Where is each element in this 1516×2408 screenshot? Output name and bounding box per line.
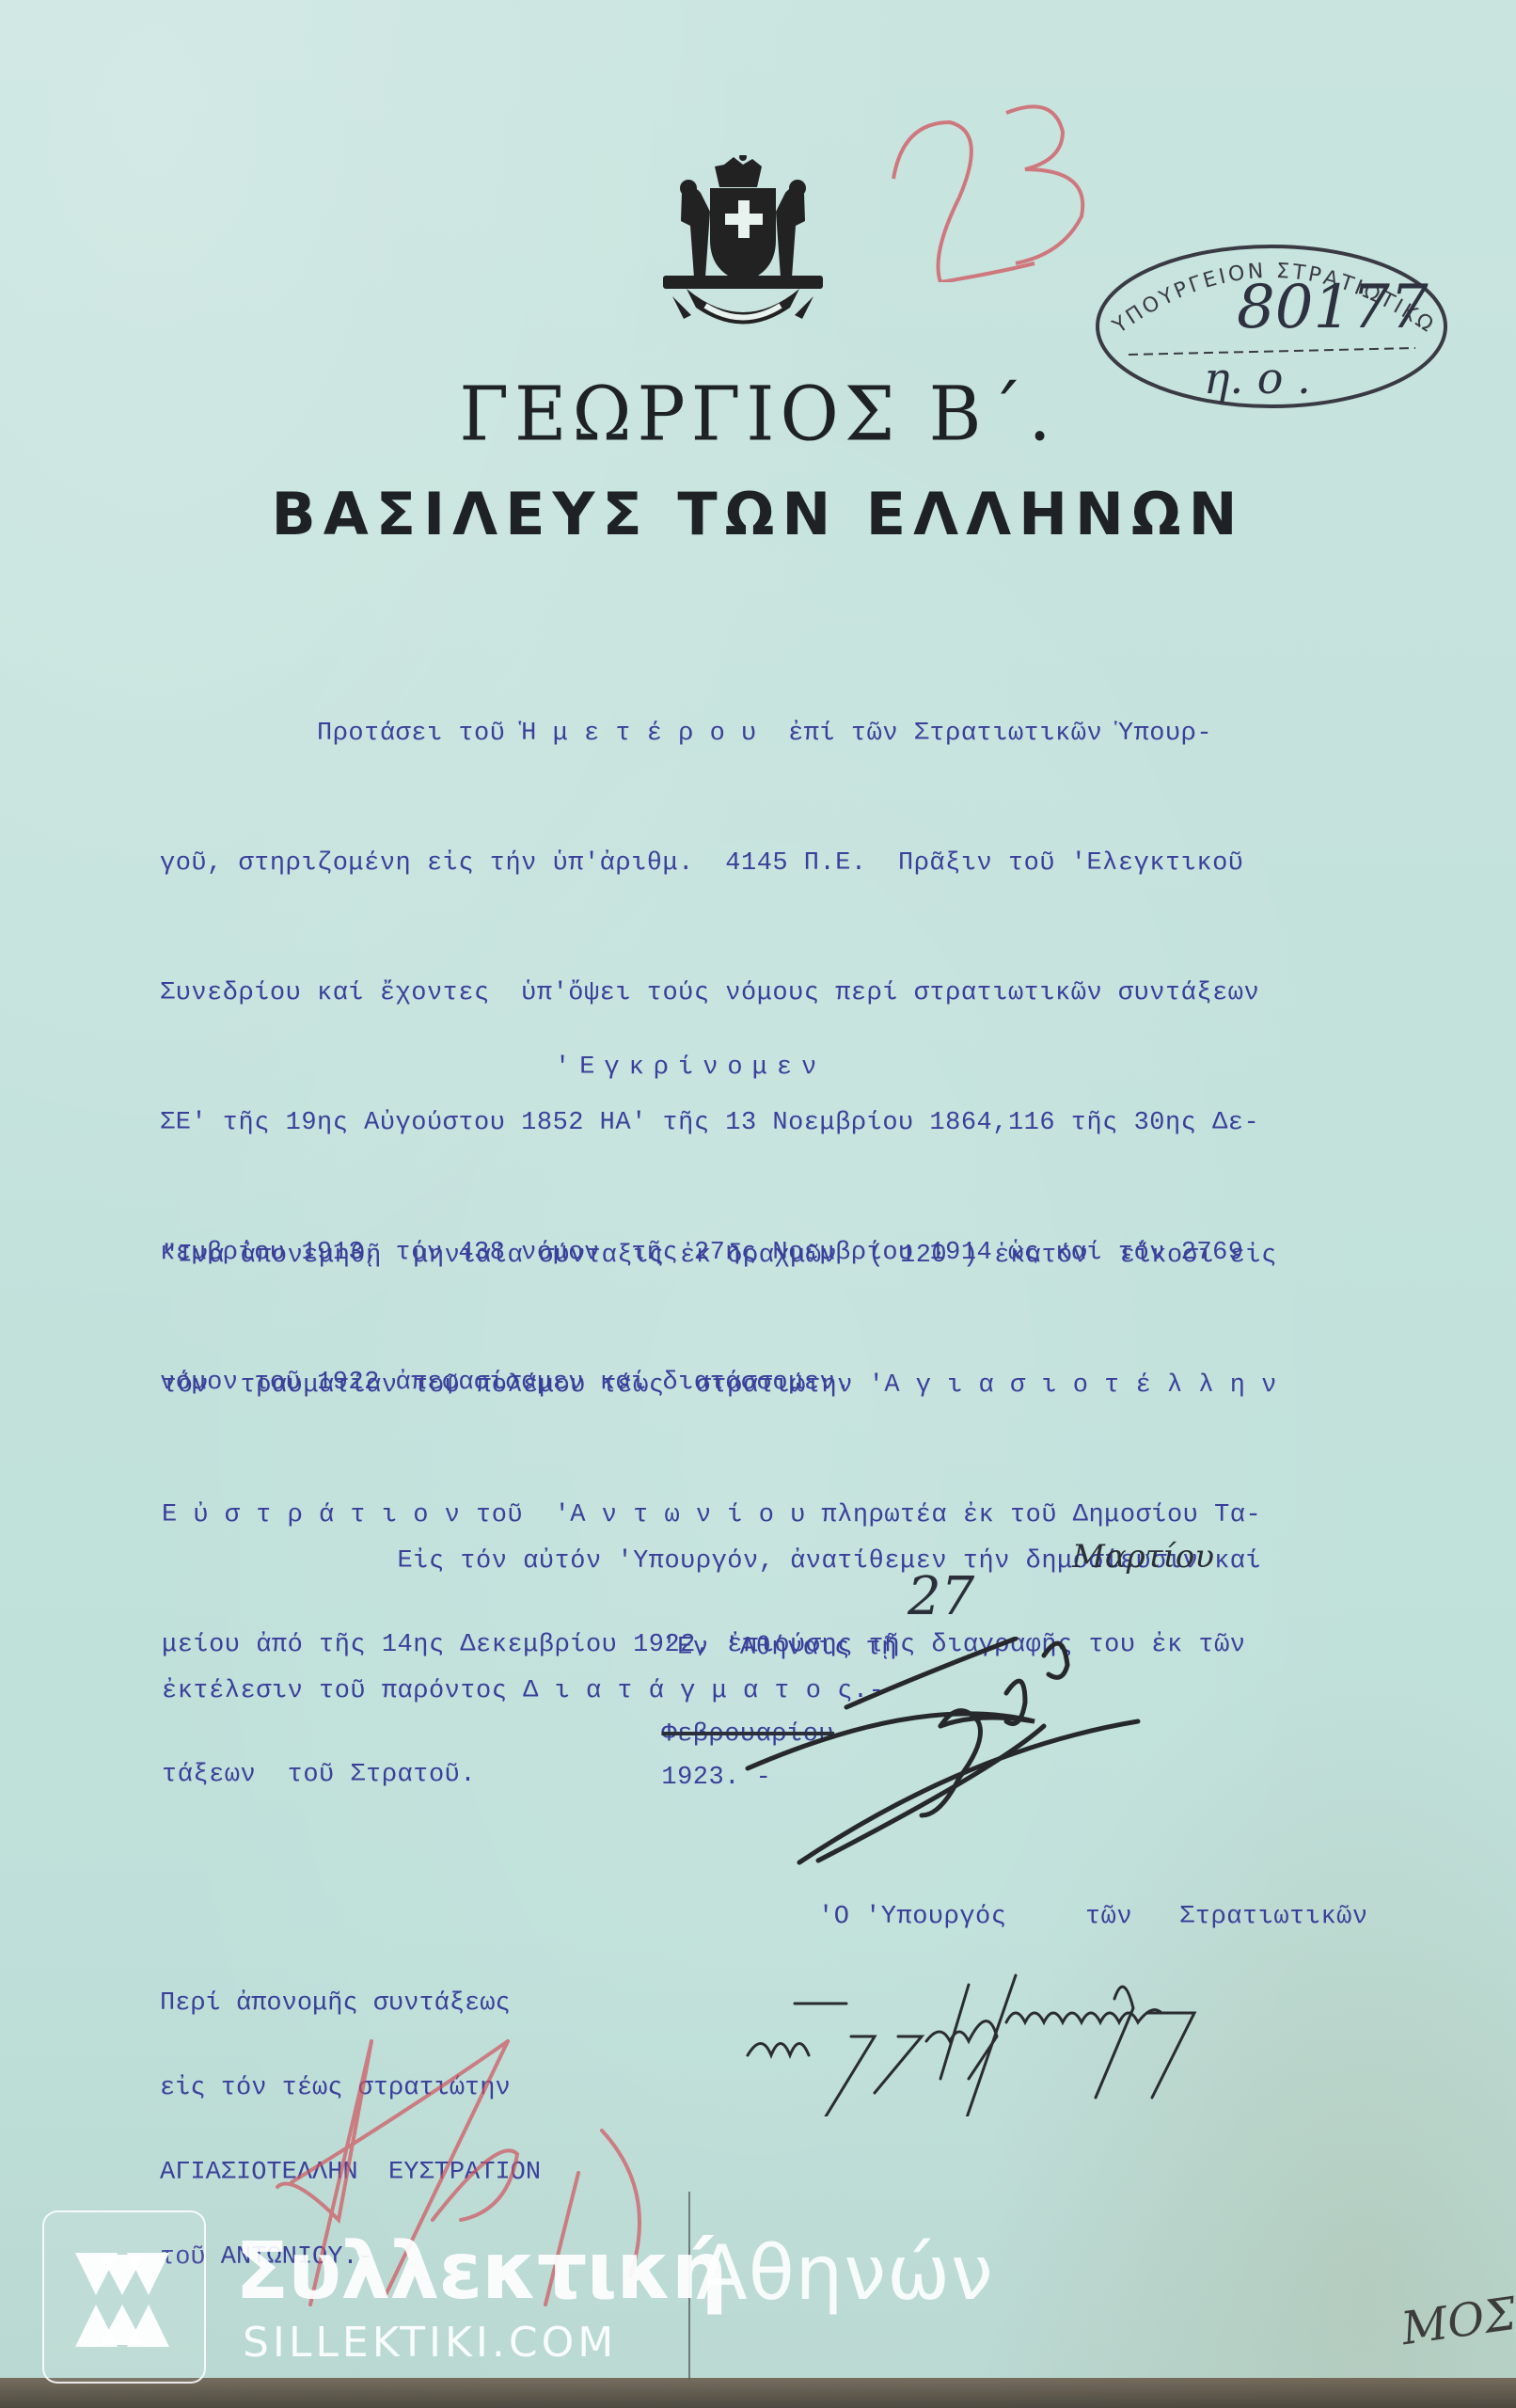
text-line: Συνεδρίου καί ἔχοντες ὑπ'ὄψει τούς νόμου… — [160, 972, 1259, 1015]
coat-of-arms-icon — [658, 155, 828, 334]
minister-label: 'Ο 'Υπουργός τῶν Στρατιωτικῶν — [818, 1895, 1368, 1939]
minister-signature — [743, 1956, 1477, 2116]
watermark-brand-bold: Συλλεκτική — [235, 2225, 727, 2317]
king-signature — [734, 1637, 1467, 1881]
watermark-brand-light: Αθηνών — [696, 2229, 994, 2317]
date-month-handwritten: Μαρτίου — [1072, 1538, 1214, 1576]
text-line: τόν τραυματίαν τοῦ πολέμου τέως στρατιώτ… — [162, 1364, 1277, 1407]
king-title: ΒΑΣΙΛΕΥΣ ΤΩΝ ΕΛΛΗΝΩΝ — [0, 480, 1516, 548]
desk-edge — [0, 2378, 1516, 2408]
hourglass-logo-icon — [75, 2253, 169, 2347]
text-line: ΣΕ' τῆς 19ης Αὐγούστου 1852 ΗΑ' τῆς 13 Ν… — [160, 1101, 1259, 1145]
watermark-url: SILLEKTIKI.COM — [243, 2319, 617, 2367]
approve-heading: 'Εγκρίνομεν — [555, 1046, 826, 1089]
text-line: γοῦ, στηριζομένη εἰς τήν ὑπ'ἀριθμ. 4145 … — [160, 842, 1259, 885]
red-pencil-number — [865, 94, 1119, 282]
stamp-number: 80177 — [1237, 273, 1429, 342]
king-name: ΓΕΩΡΓΙΟΣ Β΄. — [0, 370, 1516, 457]
corner-initials: ΜΟΣ — [1398, 2288, 1516, 2355]
text-line: "Ινα ἀπονεμηθῇ μηνιαία σύνταξις ἐκ δραχμ… — [162, 1234, 1277, 1277]
text-line: Προτάσει τοῦ Ἡ μ ε τ έ ρ ο υ ἐπί τῶν Στρ… — [160, 712, 1259, 755]
date-day-handwritten: 27 — [908, 1566, 974, 1627]
text-line: Περί ἀπονομῆς συντάξεως — [160, 1989, 541, 2018]
